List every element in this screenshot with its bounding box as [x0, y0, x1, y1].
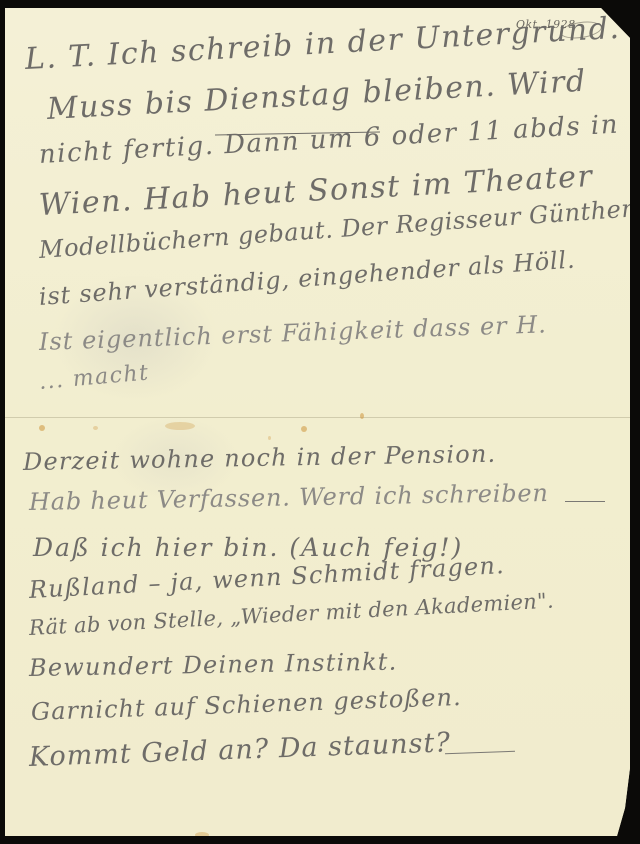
- letter-line-8: ... macht: [38, 360, 151, 395]
- stain-spot: [93, 426, 98, 430]
- stain-spot: [165, 422, 195, 430]
- letter-line-9: Derzeit wohne noch in der Pension.: [23, 440, 497, 476]
- letter-line-15: Garnicht auf Schienen gestoßen.: [31, 683, 463, 726]
- ink-stroke: [565, 501, 605, 502]
- letter-line-7: Ist eigentlich erst Fähigkeit dass er H.: [39, 310, 548, 356]
- letter-line-16: Kommt Geld an? Da staunst?: [28, 727, 451, 773]
- fold-crease: [5, 417, 630, 418]
- stain-spot: [360, 413, 364, 419]
- paper-sheet: Okt. 1928 L. T. Ich schreib in der Unter…: [5, 8, 630, 836]
- stain-spot: [39, 425, 45, 431]
- stain-spot: [301, 426, 307, 432]
- ink-stroke: [445, 751, 515, 754]
- stain-spot: [268, 436, 271, 440]
- stain-spot: [195, 832, 209, 838]
- letter-line-10: Hab heut Verfassen. Werd ich schreiben: [29, 479, 549, 516]
- letter-line-14: Bewundert Deinen Instinkt.: [29, 648, 398, 682]
- scanned-letter: Okt. 1928 L. T. Ich schreib in der Unter…: [0, 0, 640, 844]
